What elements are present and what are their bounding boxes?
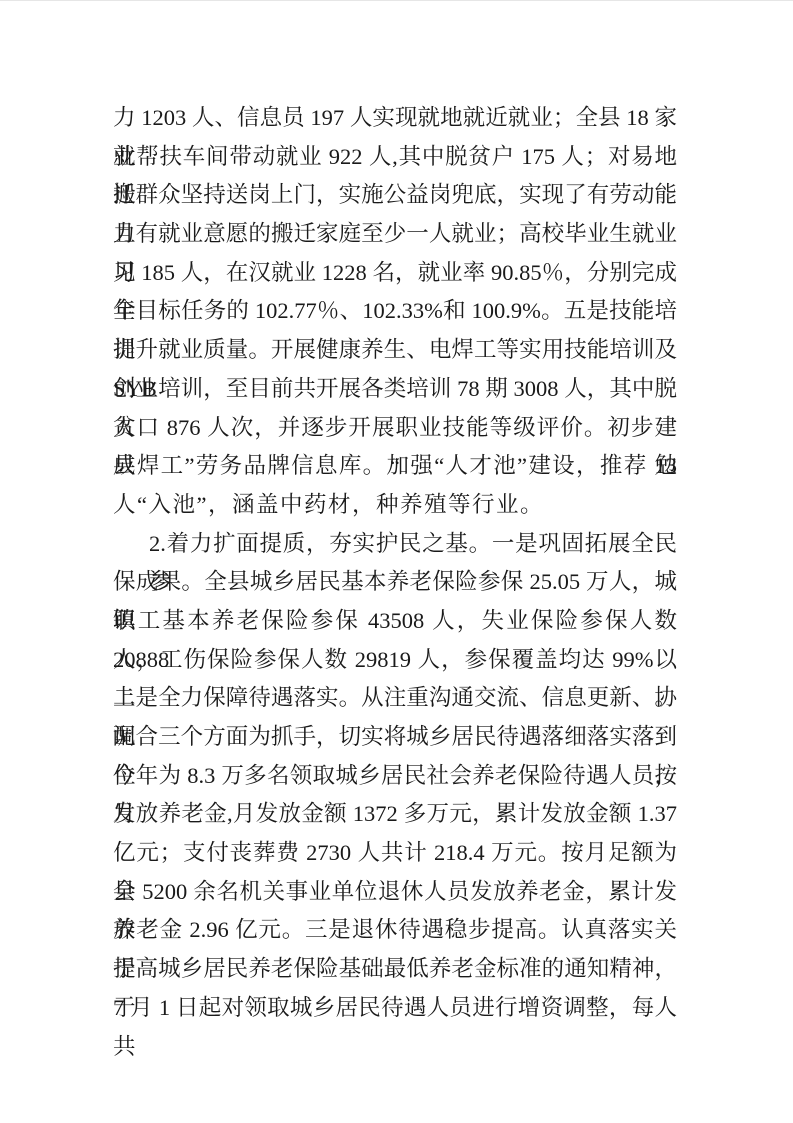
text-line: 年目标任务的 102.77％、102.33%和 100.9%。五是技能培训 xyxy=(113,292,677,331)
text-line: 养老金 2.96 亿元。三是退休待遇稳步提高。认真落实关于 xyxy=(113,911,677,950)
text-line: 人，工伤保险参保人数 29819 人，参保覆盖均达 99%以上。 xyxy=(113,641,677,680)
text-line: 县 5200 余名机关事业单位退休人员发放养老金，累计发放 xyxy=(113,873,677,912)
text-line: 提高城乡居民养老保险基础最低养老金标准的通知精神，于 xyxy=(113,950,677,989)
text-line: 二是全力保障待遇落实。从注重沟通交流、信息更新、协调 xyxy=(113,679,677,718)
text-line: 7 月 1 日起对领取城乡居民待遇人员进行增资调整，每人共 xyxy=(113,989,677,1028)
text-line: 亿元；支付丧葬费 2730 人共计 218.4 万元。按月足额为全 xyxy=(113,834,677,873)
text-line: 创业培训，至目前共开展各类培训 78 期 3008 人，其中脱贫 xyxy=(113,370,677,409)
text-line: 力 1203 人、信息员 197 人实现就地就近就业；全县 18 家就 xyxy=(113,99,677,138)
text-line: 业帮扶车间带动就业 922 人,其中脱贫户 175 人；对易地搬 xyxy=(113,138,677,177)
text-line: 今年为 8.3 万多名领取城乡居民社会养老保险待遇人员按月 xyxy=(113,757,677,796)
text-line: 人“入池”，涵盖中药材，种养殖等行业。 xyxy=(113,486,677,525)
text-line: 迁群众坚持送岗上门，实施公益岗兜底，实现了有劳动能力 xyxy=(113,176,677,215)
text-line: 保成果。全县城乡居民基本养老保险参保 25.05 万人，城镇 xyxy=(113,563,677,602)
text-line: 职工基本养老保险参保 43508 人，失业保险参保人数 20888 xyxy=(113,602,677,641)
text-line: 人口 876 人次，并逐步开展职业技能等级评价。初步建成“勉 xyxy=(113,409,677,448)
text-line: 且有就业意愿的搬迁家庭至少一人就业；高校毕业生就业见 xyxy=(113,215,677,254)
text-line: 县焊工”劳务品牌信息库。加强“人才池”建设，推荐 13 xyxy=(113,447,677,486)
document-page: 力 1203 人、信息员 197 人实现就地就近就业；全县 18 家就业帮扶车间… xyxy=(0,0,793,1123)
text-line: 提升就业质量。开展健康养生、电焊工等实用技能培训及 SYB xyxy=(113,331,677,370)
text-line: 发放养老金,月发放金额 1372 多万元，累计发放金额 1.37 xyxy=(113,795,677,834)
document-body: 力 1203 人、信息员 197 人实现就地就近就业；全县 18 家就业帮扶车间… xyxy=(113,99,677,1028)
text-line: 习 185 人，在汉就业 1228 名，就业率 90.85％，分别完成全 xyxy=(113,254,677,293)
text-line: 2.着力扩面提质，夯实护民之基。一是巩固拓展全民参 xyxy=(113,525,677,564)
text-line: 配合三个方面为抓手，切实将城乡居民待遇落细落实落到位， xyxy=(113,718,677,757)
